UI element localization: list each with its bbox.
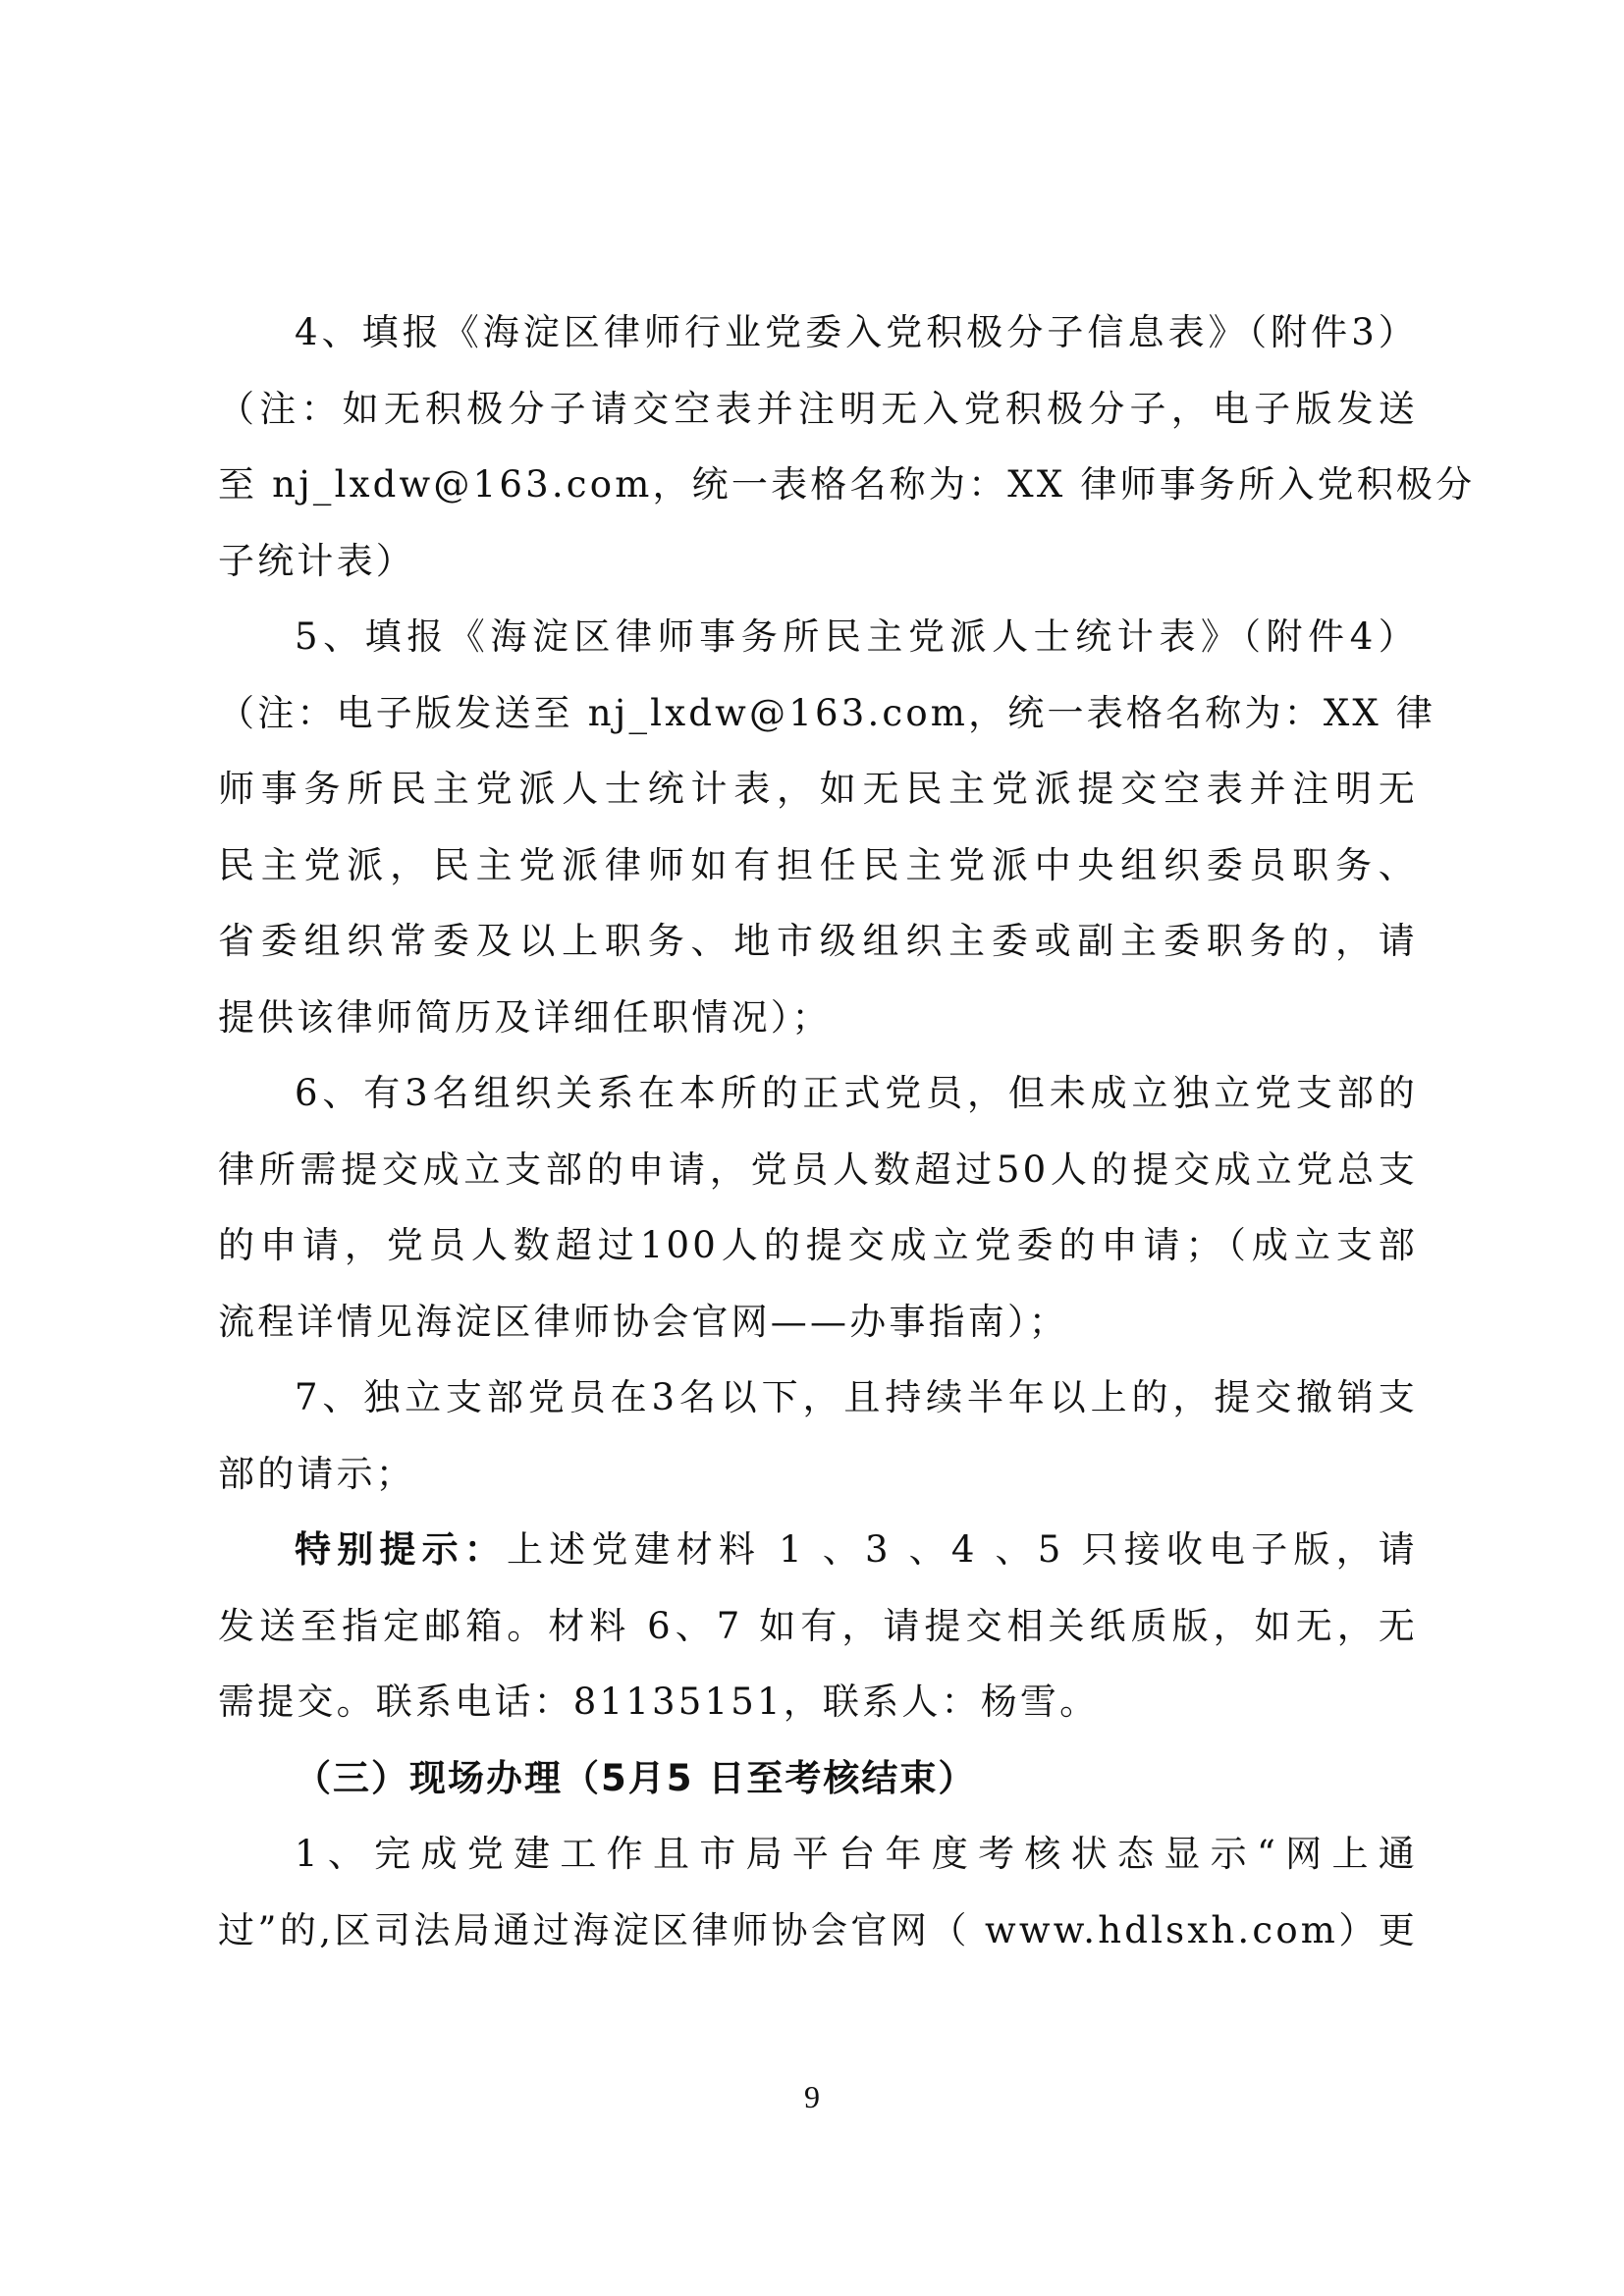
special-notice-line3: 需提交。联系电话：81135151，联系人：杨雪。 (218, 1664, 1418, 1740)
item4-line1: 4、填报《海淀区律师行业党委入党积极分子信息表》（附件3） (218, 294, 1418, 371)
special-notice-label: 特别提示： (295, 1528, 507, 1571)
item5-line5: 省委组织常委及以上职务、地市级组织主委或副主委职务的，请 (218, 903, 1418, 980)
section-item1-line1: 1、完成党建工作且市局平台年度考核状态显示“网上通 (218, 1816, 1418, 1893)
item6-line1: 6、有3名组织关系在本所的正式党员，但未成立独立党支部的 (218, 1055, 1418, 1132)
special-notice-text1: 上述党建材料 1 、3 、4 、5 只接收电子版，请 (507, 1528, 1418, 1571)
special-notice-line2: 发送至指定邮箱。材料 6、7 如有，请提交相关纸质版，如无，无 (218, 1588, 1418, 1665)
item5-line2: （注：电子版发送至 nj_lxdw@163.com，统一表格名称为：XX 律 (218, 675, 1418, 752)
item7-line2: 部的请示； (218, 1436, 1418, 1513)
item6-line4: 流程详情见海淀区律师协会官网——办事指南）； (218, 1284, 1418, 1361)
item4-line3: 至 nj_lxdw@163.com，统一表格名称为：XX 律师事务所入党积极分 (218, 447, 1418, 523)
item5-line1: 5、填报《海淀区律师事务所民主党派人士统计表》（附件4） (218, 599, 1418, 675)
item4-line4: 子统计表） (218, 523, 1418, 600)
item5-line3: 师事务所民主党派人士统计表，如无民主党派提交空表并注明无 (218, 751, 1418, 828)
document-page: 4、填报《海淀区律师行业党委入党积极分子信息表》（附件3） （注：如无积极分子请… (0, 0, 1624, 2296)
page-number: 9 (0, 2079, 1624, 2115)
document-body: 4、填报《海淀区律师行业党委入党积极分子信息表》（附件3） （注：如无积极分子请… (218, 294, 1418, 1968)
item7-line1: 7、独立支部党员在3名以下，且持续半年以上的，提交撤销支 (218, 1360, 1418, 1436)
item5-line6: 提供该律师简历及详细任职情况）； (218, 980, 1418, 1056)
item4-line2: （注：如无积极分子请交空表并注明无入党积极分子，电子版发送 (218, 371, 1418, 448)
item6-line3: 的申请，党员人数超过100人的提交成立党委的申请；（成立支部 (218, 1207, 1418, 1284)
item5-line4: 民主党派，民主党派律师如有担任民主党派中央组织委员职务、 (218, 828, 1418, 904)
special-notice-line1: 特别提示：上述党建材料 1 、3 、4 、5 只接收电子版，请 (218, 1512, 1418, 1588)
section-heading: （三）现场办理（5月5 日至考核结束） (218, 1740, 1418, 1817)
item6-line2: 律所需提交成立支部的申请，党员人数超过50人的提交成立党总支 (218, 1132, 1418, 1208)
section-item1-line2: 过”的,区司法局通过海淀区律师协会官网（ www.hdlsxh.com）更 (218, 1893, 1418, 1969)
